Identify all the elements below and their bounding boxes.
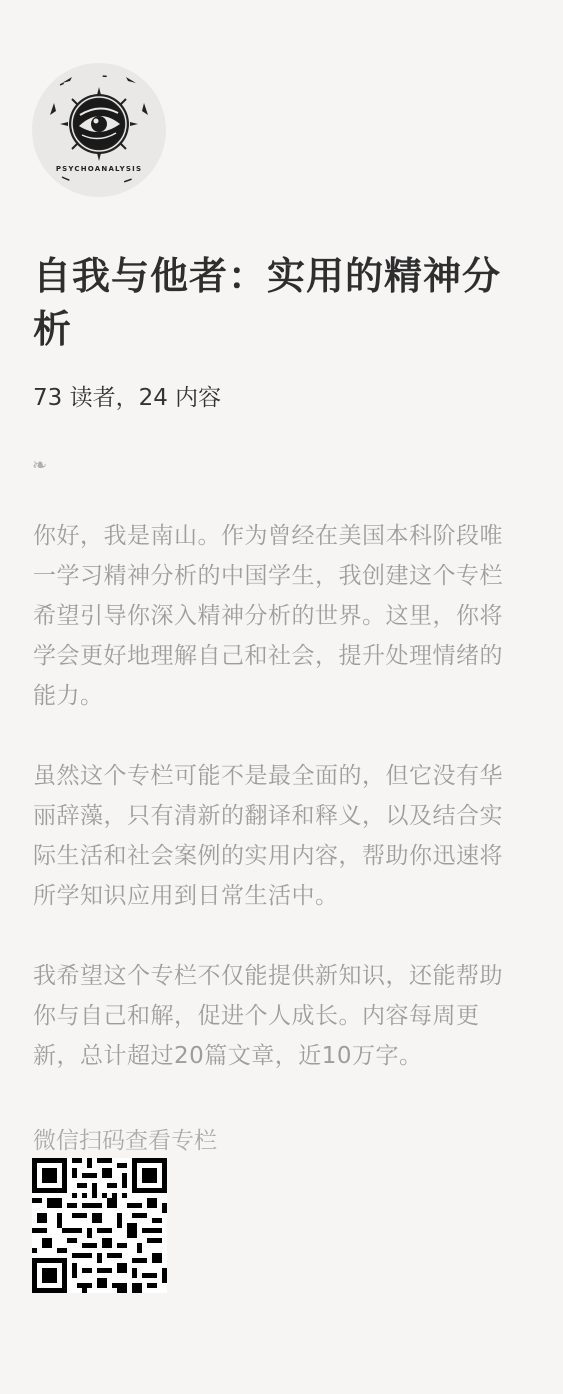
ornament-icon: ❧: [32, 455, 47, 476]
description-paragraph: 我希望这个专栏不仅能提供新知识，还能帮助你与自己和解，促进个人成长。内容每周更新…: [33, 956, 523, 1076]
svg-text:PSYCHOANALYSIS: PSYCHOANALYSIS: [56, 165, 142, 173]
column-avatar: PSYCHOANALYSIS: [32, 63, 166, 197]
description-paragraph: 虽然这个专栏可能不是最全面的，但它没有华丽辞藻，只有清新的翻译和释义，以及结合实…: [33, 756, 523, 916]
qr-label: 微信扫码查看专栏: [33, 1123, 217, 1159]
qr-code[interactable]: [32, 1158, 167, 1293]
qr-code-icon: [32, 1158, 167, 1293]
eye-logo-icon: PSYCHOANALYSIS: [32, 63, 166, 197]
column-stats: 73 读者，24 内容: [33, 381, 221, 415]
column-title: 自我与他者：实用的精神分析: [33, 250, 533, 356]
description-paragraph: 你好，我是南山。作为曾经在美国本科阶段唯一学习精神分析的中国学生，我创建这个专栏…: [33, 516, 523, 716]
